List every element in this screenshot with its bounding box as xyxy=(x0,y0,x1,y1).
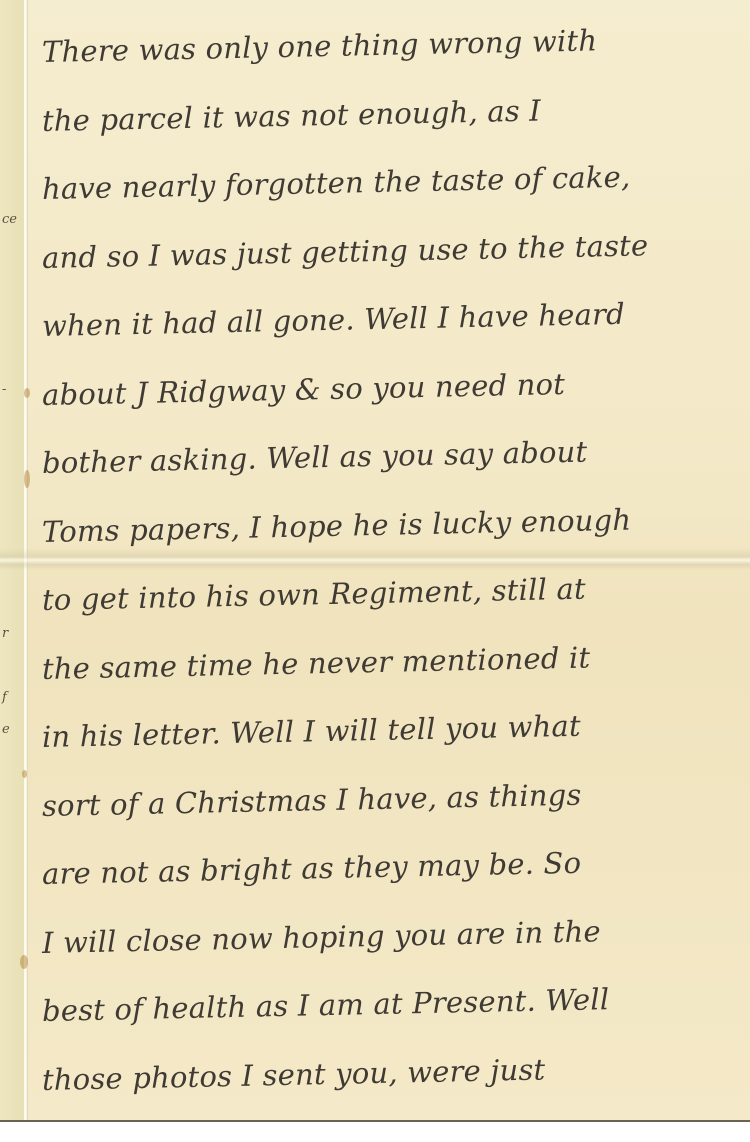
rust-stain xyxy=(22,770,27,778)
rust-stain xyxy=(24,388,30,398)
rust-stain xyxy=(20,955,28,969)
letter-body: There was only one thing wrong with the … xyxy=(42,18,742,1114)
margin-note: f xyxy=(2,690,7,705)
letter-line-16: those photos I sent you, were just xyxy=(41,1031,742,1114)
letter-page: ce - r f e There was only one thing wron… xyxy=(0,0,750,1122)
margin-note: r xyxy=(2,626,8,641)
margin-note: e xyxy=(2,722,10,737)
rust-stain xyxy=(24,470,30,488)
margin-note: - xyxy=(2,382,6,397)
margin-note: ce xyxy=(2,212,17,227)
